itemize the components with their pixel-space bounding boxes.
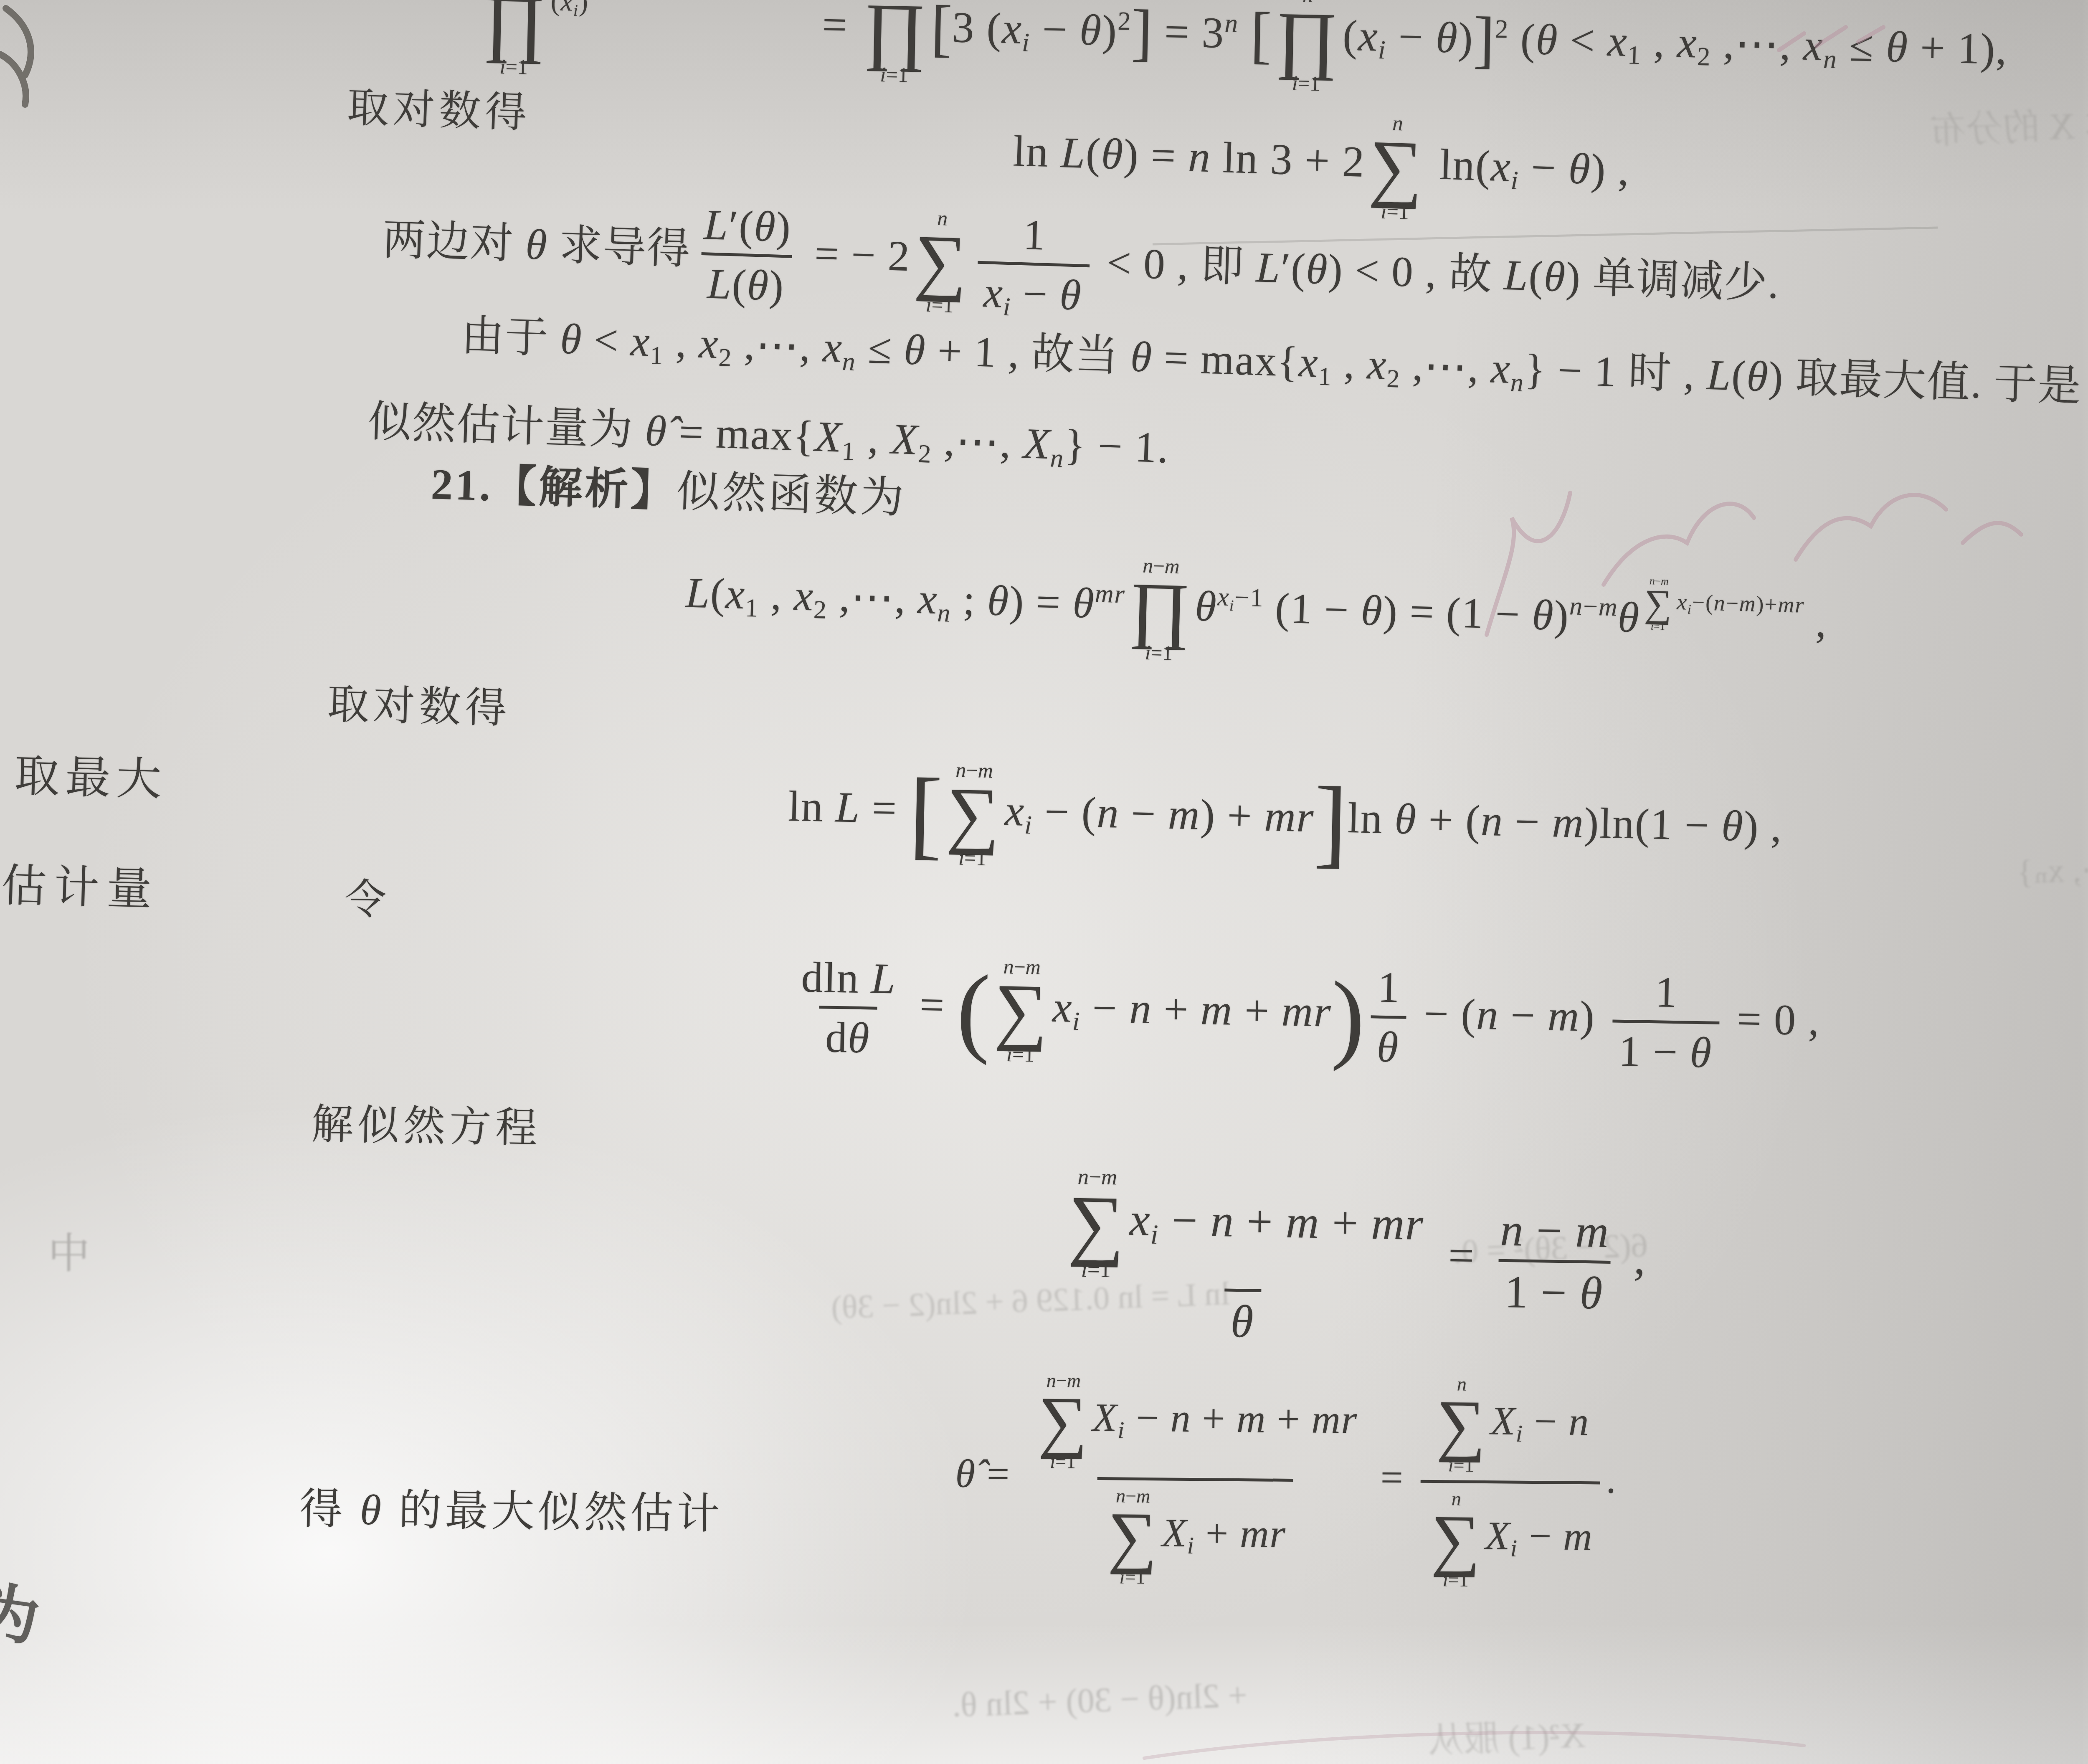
formula-product-top: n∏i=1(xi)= n∏i=1[3 (xi − θ)2] = 3n [n∏i=… [478, 0, 2008, 109]
bleed-through-text: 6(2 − 3θ)² = 0. [1453, 1229, 1648, 1269]
line-mle-result-label: 得 θ 的最大似然估计 [299, 1487, 723, 1537]
formula-likelihood-function: L(x1 , x2 ,⋯, xn ; θ) = θmrn−m∏i=1θxi−1 … [684, 543, 1829, 681]
line-likelihood-estimator: 似然估计量为 θ̂ = max{X1 , X2 ,⋯, Xn} − 1. [367, 399, 1170, 471]
formula-dlnL-dtheta: dln Ldθ = (n−m∑i=1xi − n + m + mr)1θ − (… [787, 952, 1821, 1080]
label-take-log-2: 取对数得 [327, 682, 511, 731]
margin-corner-glyph: 为 [0, 1579, 44, 1652]
label-let: 令 [344, 877, 388, 922]
margin-cut-text-1: ) 取最大 [0, 752, 168, 804]
formula-ln-L-theta: ln L(θ) = n ln 3 + 2n∑i=1 ln(xi − θ) , [1011, 100, 1632, 230]
formula-theta-hat-result: θ̂ = n−m∑i=1Xi − n + m + mrn−m∑i=1Xi + m… [954, 1370, 1618, 1592]
bleed-through-text: 以样本 X 的分布 [1929, 104, 2088, 150]
bleed-through-text: max{x₁ ,⋯, xₙ} [2017, 848, 2088, 889]
corner-pen-marks [0, 8, 31, 104]
line-since-theta-range: 由于 θ < x1 , x2 ,⋯, xn ≤ θ + 1 , 故当 θ = m… [461, 313, 2088, 416]
bleed-through-text: + 2ln(θ − 30) + 2ln θ. [952, 1678, 1248, 1723]
margin-faint-char: 中 [48, 1232, 91, 1276]
margin-cut-text-2: 估计量 [1, 862, 160, 914]
label-take-log-1: 取对数得 [347, 86, 532, 135]
formula-ln-L-expanded: ln L = [n−m∑i=1xi − (n − m) + mr]ln θ + … [787, 756, 1784, 886]
label-solve-likelihood-eq: 解似然方程 [311, 1102, 542, 1151]
bleed-through-text: X²(1) 服从 [1428, 1718, 1586, 1759]
heading-problem-21: 21.【解析】似然函数为 [431, 461, 907, 521]
textbook-page-photo: n∏i=1(xi)= n∏i=1[3 (xi − θ)2] = 3n [n∏i=… [0, 0, 2088, 1764]
